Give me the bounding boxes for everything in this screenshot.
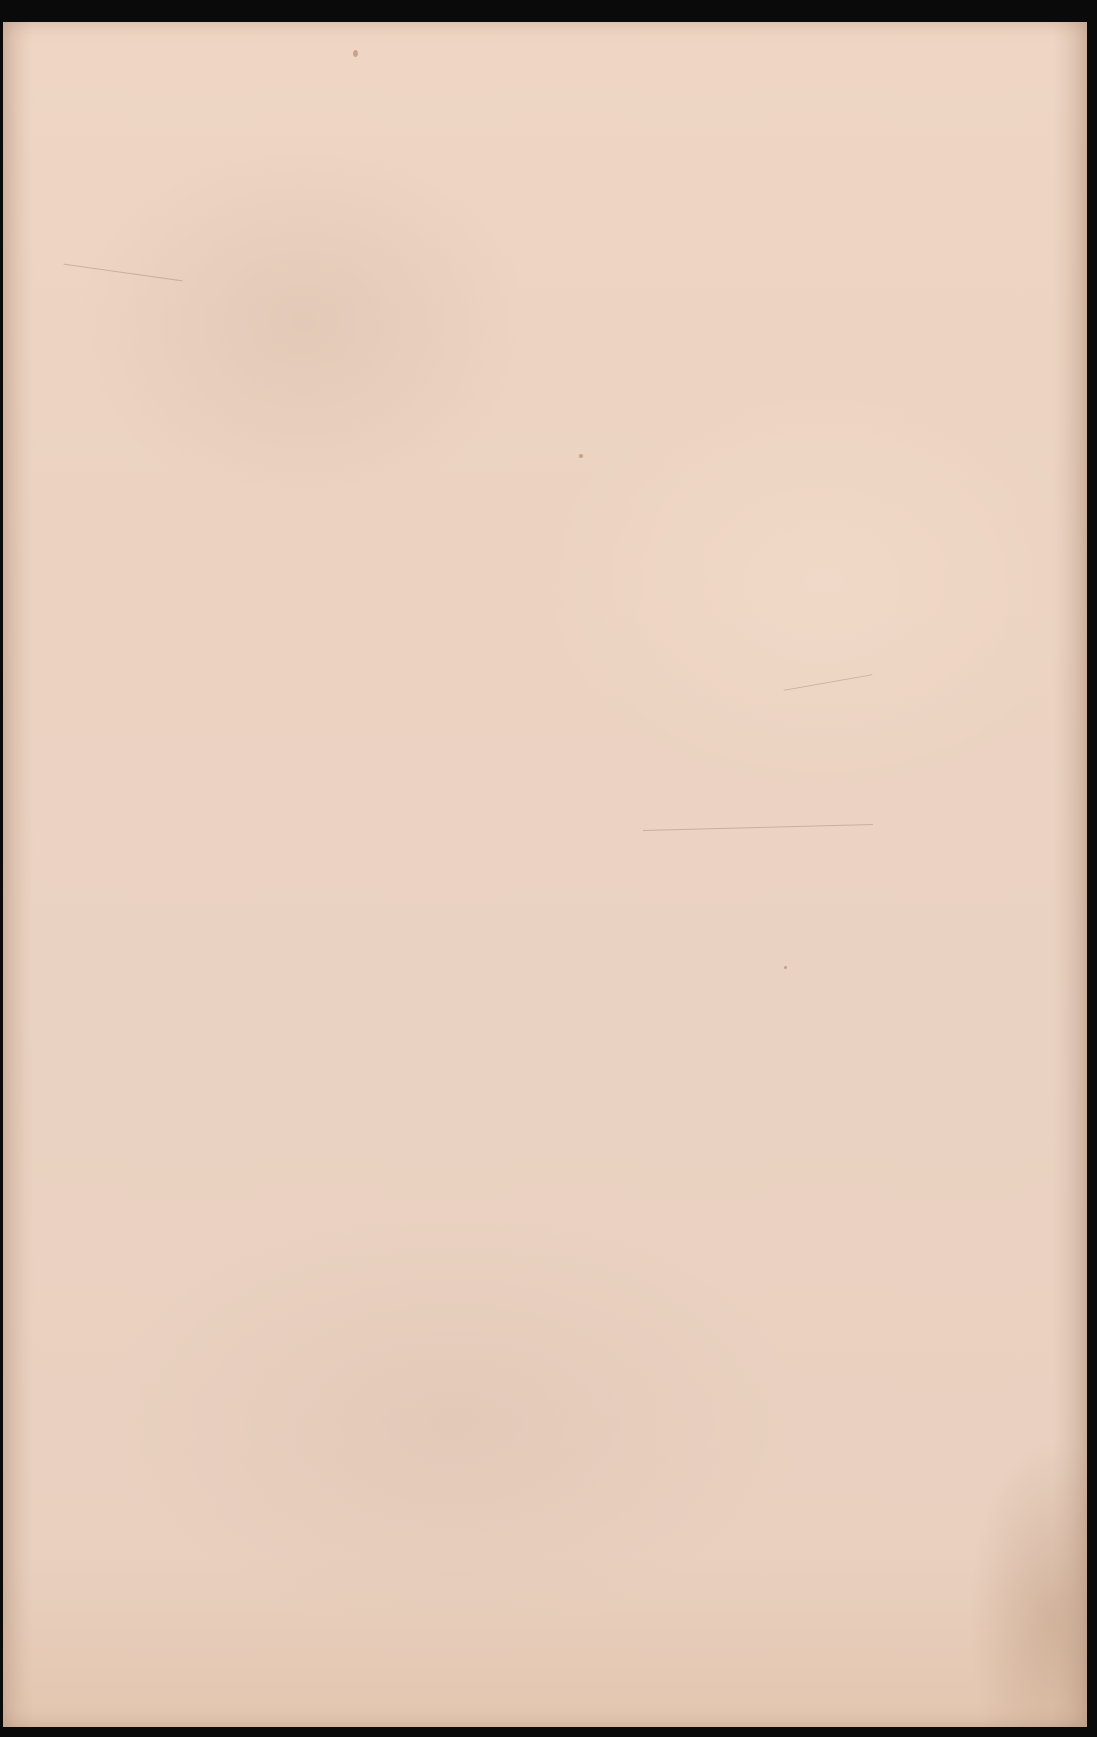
- paper-stain: [579, 454, 583, 458]
- paper-stain: [784, 966, 787, 969]
- blank-paper-page: [3, 22, 1087, 1727]
- paper-crease: [64, 264, 183, 282]
- paper-stain: [353, 50, 358, 57]
- paper-crease: [643, 824, 873, 831]
- paper-crease: [784, 674, 873, 691]
